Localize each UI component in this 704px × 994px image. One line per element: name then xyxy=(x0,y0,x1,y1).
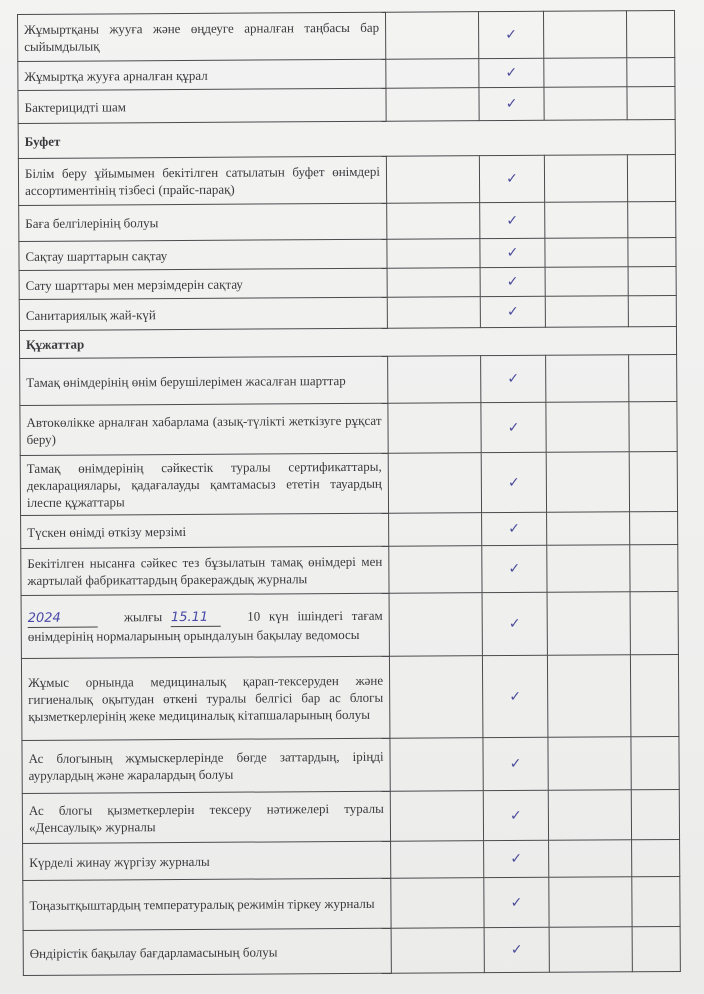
checkmark-icon: ✓ xyxy=(508,561,520,578)
empty-cell xyxy=(630,591,678,654)
empty-cell xyxy=(388,356,481,404)
item-text: Өндірістік бақылау бағдарламасының болуы xyxy=(23,928,391,975)
item-text: Автокөлікке арналған хабарлама (азық-түл… xyxy=(20,403,388,455)
document-page: Жұмыртқаны жууға және өңдеуге арналған т… xyxy=(0,0,704,994)
empty-cell xyxy=(389,593,482,657)
checklist-row: Жұмыс орнында медициналық қарап-тексеруд… xyxy=(21,654,678,740)
empty-cell xyxy=(549,840,632,878)
empty-cell xyxy=(629,354,677,401)
checkmark-icon: ✓ xyxy=(508,419,520,436)
item-text: 2024 жылғы 15.11 10 күн ішіндегі тағам ө… xyxy=(21,593,389,658)
checkmark-icon: ✓ xyxy=(507,274,519,291)
empty-cell xyxy=(387,203,480,240)
checkmark-icon: ✓ xyxy=(505,65,517,82)
empty-cell xyxy=(631,789,679,839)
item-text: Жұмыртқаны жууға және өңдеуге арналған т… xyxy=(18,12,386,61)
empty-cell xyxy=(391,841,484,879)
item-text: Тамақ өнімдерінің өнім берушілерімен жас… xyxy=(20,356,388,405)
empty-cell xyxy=(543,11,626,59)
empty-cell xyxy=(547,655,630,738)
empty-cell xyxy=(547,512,630,546)
checklist-row: Бекітілген нысанға сәйкес тез бұзылатын … xyxy=(21,544,678,595)
empty-cell xyxy=(544,87,627,121)
year-label: жылғы xyxy=(124,609,162,624)
item-text: Сату шарттары мен мерзімдерін сақтау xyxy=(19,268,387,299)
checkmark-icon: ✓ xyxy=(510,807,522,824)
empty-cell xyxy=(547,545,630,593)
empty-cell xyxy=(387,239,480,269)
mark-cell: ✓ xyxy=(481,402,546,452)
empty-cell xyxy=(389,513,482,547)
empty-cell xyxy=(546,452,629,513)
item-text: Бактерицидті шам xyxy=(18,88,386,123)
item-text: Ас блогы қызметкерлерін тексеру нәтижеле… xyxy=(22,791,390,843)
checklist-row: Ас блогының жұмыскерлерінде бөгде заттар… xyxy=(22,736,679,793)
item-text: Баға белгілерінің болуы xyxy=(19,203,387,241)
item-text: Жұмыс орнында медициналық қарап-тексеруд… xyxy=(21,656,389,740)
checkmark-icon: ✓ xyxy=(509,688,521,705)
empty-cell xyxy=(549,927,632,973)
checkmark-icon: ✓ xyxy=(508,521,520,538)
handwritten-year: 2024 xyxy=(28,610,98,628)
mark-cell: ✓ xyxy=(480,296,545,327)
checklist-row: Тамақ өнімдерінің сәйкестік туралы серти… xyxy=(20,451,677,515)
mark-cell: ✓ xyxy=(484,927,549,972)
mark-cell: ✓ xyxy=(481,452,546,512)
checklist-row: Бактерицидті шам ✓ xyxy=(18,86,675,123)
mark-cell: ✓ xyxy=(480,267,545,296)
section-title: Буфет xyxy=(18,119,675,158)
empty-cell xyxy=(632,876,680,926)
mark-cell: ✓ xyxy=(484,877,549,927)
checkmark-icon: ✓ xyxy=(511,894,523,911)
empty-cell xyxy=(546,402,629,453)
empty-cell xyxy=(627,86,675,119)
checklist-row: Ас блогы қызметкерлерін тексеру нәтижеле… xyxy=(22,789,679,843)
empty-cell xyxy=(630,511,678,544)
mark-cell: ✓ xyxy=(478,11,543,58)
empty-cell xyxy=(544,155,627,203)
empty-cell xyxy=(630,654,679,736)
checkmark-icon: ✓ xyxy=(508,474,520,491)
mark-cell: ✓ xyxy=(479,87,544,120)
empty-cell xyxy=(389,546,482,594)
checkmark-icon: ✓ xyxy=(507,371,519,388)
empty-cell xyxy=(545,238,628,268)
item-text: Жұмыртқа жууға арналған құрал xyxy=(18,59,386,90)
empty-cell xyxy=(626,10,674,57)
mark-cell: ✓ xyxy=(482,655,547,737)
empty-cell xyxy=(628,201,676,237)
empty-cell xyxy=(547,592,630,656)
item-text: Санитариялық жай-күй xyxy=(19,297,387,330)
checklist-row: Санитариялық жай-күй ✓ xyxy=(19,295,676,330)
checklist-row: Білім беру ұйымымен бекітілген сатылатын… xyxy=(18,154,675,205)
empty-cell xyxy=(387,297,480,329)
empty-cell xyxy=(388,453,481,514)
item-text: Тоңазытқыштардың температуралық режимін … xyxy=(23,878,391,930)
checkmark-icon: ✓ xyxy=(510,756,522,773)
empty-cell xyxy=(632,839,680,876)
empty-cell xyxy=(544,58,627,88)
checklist-row: Жұмыртқаны жууға және өңдеуге арналған т… xyxy=(18,10,675,61)
checklist-row: Өндірістік бақылау бағдарламасының болуы… xyxy=(23,926,680,975)
checklist-row: Баға белгілерінің болуы ✓ xyxy=(19,201,676,241)
checklist-row: Автокөлікке арналған хабарлама (азық-түл… xyxy=(20,401,677,455)
handwritten-date: 15.11 xyxy=(171,609,221,627)
mark-cell: ✓ xyxy=(480,238,545,267)
empty-cell xyxy=(386,59,479,89)
checkmark-icon: ✓ xyxy=(507,245,519,262)
item-text: Тамақ өнімдерінің сәйкестік туралы серти… xyxy=(20,453,388,515)
section-title: Құжаттар xyxy=(19,326,676,358)
mark-cell: ✓ xyxy=(479,58,544,87)
empty-cell xyxy=(627,57,675,86)
checkmark-icon: ✓ xyxy=(505,27,517,44)
item-text: Білім беру ұйымымен бекітілген сатылатын… xyxy=(18,156,386,205)
empty-cell xyxy=(545,296,628,328)
empty-cell xyxy=(548,790,631,841)
checklist-row: Сату шарттары мен мерзімдерін сақтау ✓ xyxy=(19,266,676,299)
empty-cell xyxy=(627,154,675,201)
empty-cell xyxy=(390,738,483,792)
checkmark-icon: ✓ xyxy=(509,616,521,633)
empty-cell xyxy=(548,737,631,791)
empty-cell xyxy=(389,656,482,739)
mark-cell: ✓ xyxy=(483,737,548,790)
empty-cell xyxy=(545,202,628,239)
checkmark-icon: ✓ xyxy=(507,304,519,321)
empty-cell xyxy=(546,355,629,403)
empty-cell xyxy=(628,295,676,326)
checklist-row: Жұмыртқа жууға арналған құрал ✓ xyxy=(18,57,675,90)
checklist-row: Түскен өнімді өткізу мерзімі ✓ xyxy=(21,511,678,548)
item-text: Күрделі жинау жүргізу журналы xyxy=(23,841,391,880)
empty-cell xyxy=(628,237,676,266)
empty-cell xyxy=(387,268,480,298)
checkmark-icon: ✓ xyxy=(510,851,522,868)
mark-cell: ✓ xyxy=(479,155,544,202)
empty-cell xyxy=(631,736,679,789)
item-text: Ас блогының жұмыскерлерінде бөгде заттар… xyxy=(22,738,390,793)
empty-cell xyxy=(386,88,479,122)
empty-cell xyxy=(386,156,479,204)
checkmark-icon: ✓ xyxy=(511,942,523,959)
mark-cell: ✓ xyxy=(482,592,547,655)
checkmark-icon: ✓ xyxy=(506,171,518,188)
section-header-row: Буфет xyxy=(18,119,675,158)
empty-cell xyxy=(628,266,676,295)
empty-cell xyxy=(630,544,678,591)
mark-cell: ✓ xyxy=(481,355,546,402)
checklist-row: 2024 жылғы 15.11 10 күн ішіндегі тағам ө… xyxy=(21,591,678,658)
mark-cell: ✓ xyxy=(482,512,547,545)
section-header-row: Құжаттар xyxy=(19,326,676,358)
empty-cell xyxy=(545,267,628,297)
empty-cell xyxy=(388,403,481,454)
empty-cell xyxy=(385,12,478,60)
mark-cell: ✓ xyxy=(480,202,545,238)
empty-cell xyxy=(629,451,677,511)
empty-cell xyxy=(629,401,677,451)
empty-cell xyxy=(632,926,680,971)
checklist-row: Тамақ өнімдерінің өнім берушілерімен жас… xyxy=(20,354,677,405)
empty-cell xyxy=(549,877,632,928)
inspection-checklist-table: Жұмыртқаны жууға және өңдеуге арналған т… xyxy=(17,10,681,976)
mark-cell: ✓ xyxy=(484,840,549,877)
checkmark-icon: ✓ xyxy=(506,212,518,229)
item-text: Түскен өнімді өткізу мерзімі xyxy=(21,513,389,548)
checklist-row: Сақтау шарттарын сақтау ✓ xyxy=(19,237,676,270)
mark-cell: ✓ xyxy=(483,790,548,840)
checkmark-icon: ✓ xyxy=(506,96,518,113)
empty-cell xyxy=(390,791,483,842)
item-text: Сақтау шарттарын сақтау xyxy=(19,239,387,270)
empty-cell xyxy=(391,928,484,974)
empty-cell xyxy=(391,878,484,929)
item-text: Бекітілген нысанға сәйкес тез бұзылатын … xyxy=(21,546,389,595)
mark-cell: ✓ xyxy=(482,545,547,592)
checklist-row: Күрделі жинау жүргізу журналы ✓ xyxy=(23,839,680,880)
checklist-row: Тоңазытқыштардың температуралық режимін … xyxy=(23,876,680,930)
